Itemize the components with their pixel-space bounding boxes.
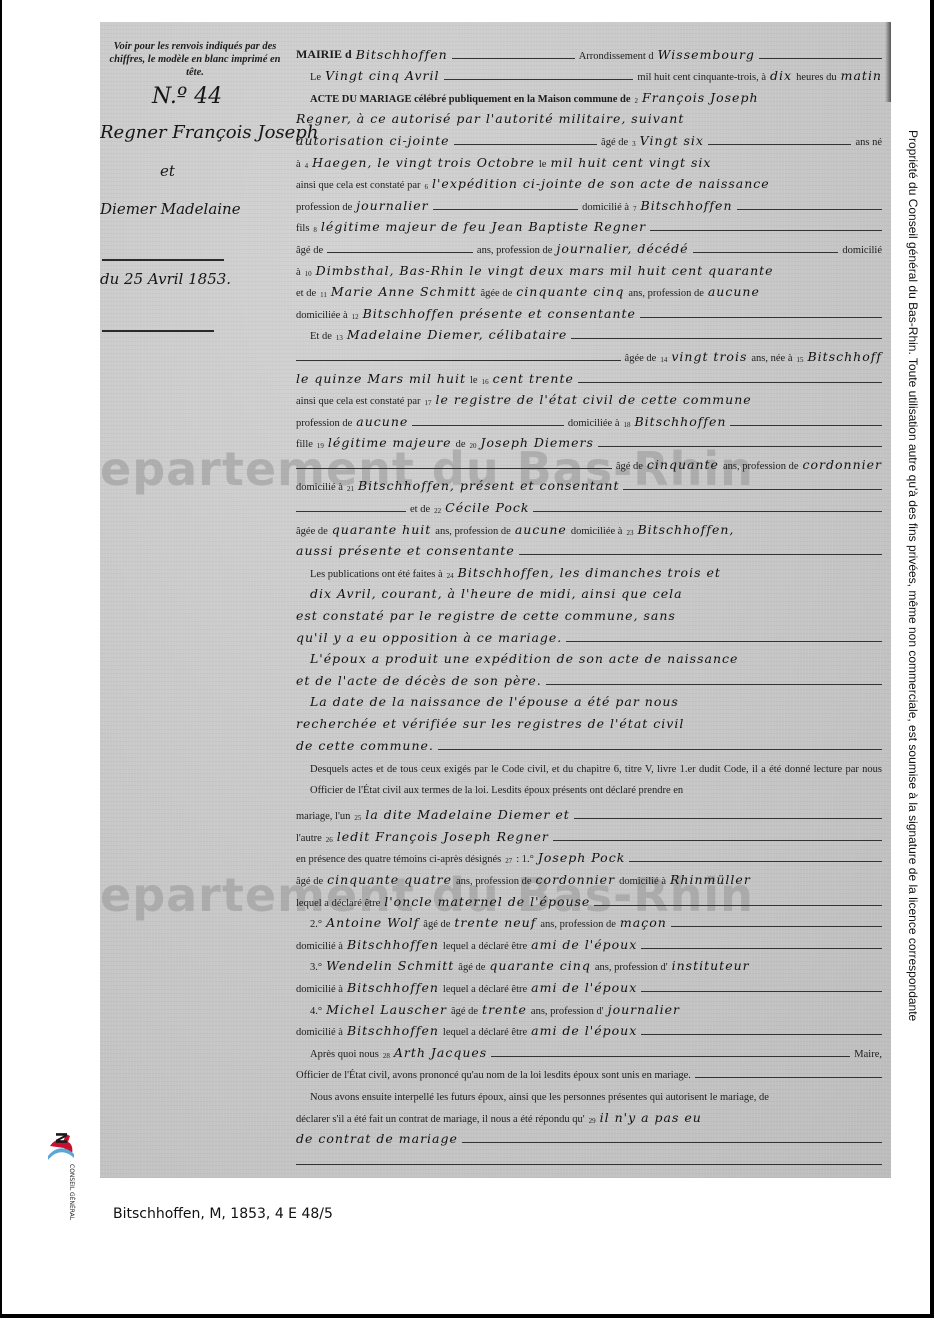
- form-line: 2.° Antoine Wolf âgé de trente neuf ans,…: [296, 909, 882, 931]
- label-age: âgé de: [616, 461, 643, 472]
- form-line: Officier de l'État civil, avons prononcé…: [296, 1060, 882, 1082]
- ref-number: 23: [626, 529, 633, 537]
- label-profession: ans, profession de: [540, 919, 616, 930]
- value-witness-1-domicile: Rhinmüller: [670, 872, 751, 887]
- label-age: âgé de: [458, 962, 485, 973]
- form-line: à 4 Haegen, le vingt trois Octobre le mi…: [296, 148, 882, 170]
- margin-date: du 25 Avril 1853.: [100, 270, 231, 288]
- value-bride-mother-age: quarante huit: [332, 522, 432, 537]
- value-witness-2: Antoine Wolf: [326, 915, 419, 930]
- ref-number: 3: [632, 140, 636, 148]
- ref-number: 18: [623, 421, 630, 429]
- label-le: le: [470, 375, 478, 386]
- value-witness-3-relation: ami de l'époux: [531, 980, 637, 995]
- margin-instructions: Voir pour les renvois indiqués par des c…: [100, 40, 290, 79]
- ref-number: 29: [589, 1117, 596, 1125]
- form-line-mairie: MAIRIE d Bitschhoffen Arrondissement d W…: [296, 40, 882, 62]
- value-groom-age: Vingt six: [640, 133, 704, 148]
- form-line: âgée de 14 vingt trois ans, née à 15 Bit…: [296, 342, 882, 364]
- rule: [546, 684, 882, 685]
- value-hour: dix: [770, 68, 792, 83]
- value-witness-3-domicile: Bitschhoffen: [347, 980, 439, 995]
- form-line: qu'il y a eu opposition à ce mariage.: [296, 623, 882, 645]
- bas-rhin-logo-icon: BAS-RHIN CONSEIL GÉNÉRAL: [46, 1132, 76, 1234]
- margin-rule: [102, 330, 214, 332]
- label-domicile: domicilié à: [296, 482, 343, 493]
- label-profession: ans, profession de: [723, 461, 799, 472]
- ref-number: 13: [336, 334, 343, 342]
- rule: [438, 749, 882, 750]
- paragraph-desquels: Desquels actes et de tous ceux exigés pa…: [296, 759, 882, 801]
- form-line: fils 8 légitime majeur de feu Jean Bapti…: [296, 213, 882, 235]
- value-witness-1: Joseph Pock: [538, 850, 625, 865]
- rule: [491, 1056, 850, 1057]
- document-caption: Bitschhoffen, M, 1853, 4 E 48/5: [113, 1206, 333, 1222]
- value-bride-status: légitime majeure: [328, 435, 452, 450]
- handwritten-text: et de l'acte de décès de son père.: [296, 673, 542, 688]
- ref-number: 19: [317, 442, 324, 450]
- margin-record-number: N.º 44: [152, 84, 222, 109]
- label-declare: lequel a déclaré être: [443, 984, 527, 995]
- value-bride-mother: Cécile Pock: [445, 500, 529, 515]
- form-line: en présence des quatre témoins ci-après …: [296, 844, 882, 866]
- form-line: et de 22 Cécile Pock: [296, 493, 882, 515]
- ref-number: 14: [660, 356, 667, 364]
- value-arrondissement: Wissembourg: [658, 47, 755, 62]
- label-profession: ans, profession de: [628, 288, 704, 299]
- value-birthyear: mil huit cent vingt six: [550, 155, 711, 170]
- rule: [574, 818, 882, 819]
- ref-number: 15: [796, 356, 803, 364]
- form-line: à 10 Dimbsthal, Bas-Rhin le vingt deux m…: [296, 256, 882, 278]
- value-consent: aussi présente et consentante: [296, 543, 515, 558]
- label-domicile: domicilié: [842, 245, 882, 256]
- value-witness-4-domicile: Bitschhoffen: [347, 1023, 439, 1038]
- label-profession: ans, profession de: [435, 526, 511, 537]
- ref-number: 10: [305, 270, 312, 278]
- rule: [594, 905, 882, 906]
- label-domicile: domicilié à: [619, 876, 666, 887]
- ref-number: 8: [313, 226, 317, 234]
- rule: [296, 511, 406, 512]
- handwritten-text: La date de la naissance de l'épouse a ét…: [310, 694, 679, 709]
- rule: [641, 948, 882, 949]
- rule: [462, 1142, 882, 1143]
- margin-rule: [102, 259, 224, 261]
- value-bride-father-domicile: Bitschhoffen, présent et consentant: [358, 478, 620, 493]
- ref-number: 25: [354, 814, 361, 822]
- label-witness-1: : 1.°: [516, 854, 534, 865]
- ref-number: 28: [383, 1052, 390, 1060]
- ref-number: 6: [425, 183, 429, 191]
- label-et-de: et de: [410, 504, 430, 515]
- value-contract: de contrat de mariage: [296, 1131, 458, 1146]
- form-body: MAIRIE d Bitschhoffen Arrondissement d W…: [296, 40, 882, 1178]
- rule: [566, 641, 882, 642]
- value-father-death: Dimbsthal, Bas-Rhin le vingt deux mars m…: [316, 263, 774, 278]
- form-line: domicilié à Bitschhoffen lequel a déclar…: [296, 973, 882, 995]
- ref-number: 27: [505, 857, 512, 865]
- ref-number: 26: [326, 836, 333, 844]
- rule: [693, 252, 839, 253]
- copyright-notice-text: Propriété du Conseil général du Bas-Rhin…: [906, 130, 920, 1021]
- label-witness-2: 2.°: [310, 919, 322, 930]
- value-bride-name: Madelaine Diemer, célibataire: [347, 327, 567, 342]
- value-groom-father: légitime majeur de feu Jean Baptiste Reg…: [321, 219, 646, 234]
- label-et-de: Et de: [310, 331, 332, 342]
- value-spouse-2: ledit François Joseph Regner: [337, 829, 549, 844]
- value-father-profession: journalier, décédé: [556, 241, 688, 256]
- text-officier: Officier de l'État civil, avons prononcé…: [296, 1070, 691, 1081]
- rule: [623, 489, 882, 490]
- value-witness-4-relation: ami de l'époux: [531, 1023, 637, 1038]
- scan-edge-shadow: [885, 22, 891, 102]
- value-groom-profession: journalier: [356, 198, 428, 213]
- ref-number: 20: [470, 442, 477, 450]
- label-profession: ans, profession de: [456, 876, 532, 887]
- ref-number: 17: [425, 399, 432, 407]
- label-lun: mariage, l'un: [296, 811, 350, 822]
- value-witness-1-profession: cordonnier: [536, 872, 616, 887]
- label-mairie: MAIRIE d: [296, 47, 352, 62]
- value-witness-1-relation: l'oncle maternel de l'épouse: [384, 894, 590, 909]
- label-domicile: domicilié à: [582, 202, 629, 213]
- label-profession: ans, profession d': [531, 1006, 604, 1017]
- value-groom-mother: Marie Anne Schmitt: [331, 284, 477, 299]
- label-age: âgé de: [601, 137, 628, 148]
- rule: [641, 991, 882, 992]
- value-groom-domicile: Bitschhoffen: [641, 198, 733, 213]
- ref-number: 2: [635, 97, 639, 105]
- label-fille: fille: [296, 439, 313, 450]
- svg-text:BAS-RHIN: BAS-RHIN: [52, 1132, 70, 1144]
- rule: [444, 79, 634, 80]
- value-mother-profession: aucune: [708, 284, 760, 299]
- label-agee: âgée de: [296, 526, 328, 537]
- rule: [571, 338, 882, 339]
- label-profession: ans, profession de: [477, 245, 553, 256]
- label-le: Le: [310, 72, 321, 83]
- label-a: à: [296, 159, 301, 170]
- value-witness-1-age: cinquante quatre: [327, 872, 452, 887]
- label-profession: profession de: [296, 202, 352, 213]
- form-line: et de 11 Marie Anne Schmitt âgée de cinq…: [296, 278, 882, 300]
- text-declarer: déclarer s'il a été fait un contrat de m…: [296, 1114, 585, 1125]
- label-ans-ne: ans né: [855, 137, 882, 148]
- form-line: profession de aucune domiciliée à 18 Bit…: [296, 407, 882, 429]
- rule: [759, 58, 882, 59]
- label-profession: ans, profession d': [595, 962, 668, 973]
- form-line: Lecture faite, le présent acte a été sig…: [296, 1174, 882, 1178]
- handwritten-text: L'époux a produit une expédition de son …: [310, 651, 738, 666]
- label-age: âgé de: [451, 1006, 478, 1017]
- handwritten-text: de cette commune.: [296, 738, 434, 753]
- margin-conjunction: et: [160, 162, 175, 180]
- value-groom-first: François Joseph: [642, 90, 758, 105]
- value-publications: Bitschhoffen, les dimanches trois et: [458, 565, 721, 580]
- value-proof: l'expédition ci-jointe de son acte de na…: [432, 176, 770, 191]
- value-spouse-1: la dite Madelaine Diemer et: [365, 807, 569, 822]
- form-line: âgé de ans, profession de journalier, dé…: [296, 234, 882, 256]
- scanned-marriage-record: epartement du Bas-Rhin epartement du Bas…: [100, 22, 891, 1178]
- form-line: l'autre 26 ledit François Joseph Regner: [296, 822, 882, 844]
- ref-number: 22: [434, 507, 441, 515]
- value-period: matin: [841, 68, 882, 83]
- label-temoins: en présence des quatre témoins ci-après …: [296, 854, 501, 865]
- form-line: mariage, l'un 25 la dite Madelaine Dieme…: [296, 801, 882, 823]
- value-bride-father-profession: cordonnier: [802, 457, 882, 472]
- ref-number: 4: [305, 162, 309, 170]
- label-de: de: [456, 439, 466, 450]
- value-witness-4-profession: journalier: [608, 1002, 680, 1017]
- value-witness-2-profession: maçon: [620, 915, 667, 930]
- label-publications: Les publications ont été faites à: [310, 569, 443, 580]
- form-line: âgé de cinquante quatre ans, profession …: [296, 865, 882, 887]
- handwritten-text: est constaté par le registre de cette co…: [296, 608, 676, 623]
- value-witness-2-relation: ami de l'époux: [531, 937, 637, 952]
- label-apres-quoi: Après quoi nous: [310, 1049, 379, 1060]
- ref-number: 7: [633, 205, 637, 213]
- label-agee: âgée de: [625, 353, 657, 364]
- label-domiciliee: domiciliée à: [571, 526, 623, 537]
- label-fils: fils: [296, 223, 309, 234]
- form-line: Les publications ont été faites à 24 Bit…: [296, 558, 882, 580]
- handwritten-text: qu'il y a eu opposition à ce mariage.: [296, 630, 562, 645]
- form-line: domiciliée à 12 Bitschhoffen présente et…: [296, 299, 882, 321]
- rule: [629, 861, 882, 862]
- form-line: L'époux a produit une expédition de son …: [296, 645, 882, 667]
- rule: [641, 1034, 882, 1035]
- rule: [650, 230, 882, 231]
- label-domicile: domicilié à: [296, 941, 343, 952]
- form-line: déclarer s'il a été fait un contrat de m…: [296, 1103, 882, 1125]
- label-declare: lequel a déclaré être: [296, 898, 380, 909]
- rule: [640, 317, 882, 318]
- label-age: âgé de: [423, 919, 450, 930]
- label-year: mil huit cent cinquante-trois, à: [637, 72, 766, 83]
- label-constate: ainsi que cela est constaté par: [296, 180, 421, 191]
- label-declare: lequel a déclaré être: [443, 941, 527, 952]
- value-birthplace: Haegen, le vingt trois Octobre: [312, 155, 535, 170]
- value-bride-birthplace: Bitschhoff: [807, 349, 882, 364]
- form-line: est constaté par le registre de cette co…: [296, 601, 882, 623]
- form-line: le quinze Mars mil huit le 16 cent trent…: [296, 364, 882, 386]
- ref-number: 11: [320, 291, 327, 299]
- form-line-acte: ACTE DU MARIAGE célébré publiquement en …: [296, 83, 882, 105]
- label-lautre: l'autre: [296, 833, 322, 844]
- form-line: domicilié à Bitschhoffen lequel a déclar…: [296, 1017, 882, 1039]
- label-age: âgé de: [296, 876, 323, 887]
- form-line: domicilié à Bitschhoffen lequel a déclar…: [296, 930, 882, 952]
- value-witness-3-profession: instituteur: [672, 958, 750, 973]
- value-mayor: Arth Jacques: [394, 1045, 487, 1060]
- label-maire: Maire,: [854, 1049, 882, 1060]
- svg-text:CONSEIL GÉNÉRAL: CONSEIL GÉNÉRAL: [68, 1164, 76, 1221]
- ref-number: 21: [347, 485, 354, 493]
- form-line: âgé de cinquante ans, profession de cord…: [296, 450, 882, 472]
- label-domicile: domicilié à: [296, 1027, 343, 1038]
- value-witness-2-domicile: Bitschhoffen: [347, 937, 439, 952]
- label-a: à: [296, 267, 301, 278]
- value-bride-birthdate: le quinze Mars mil huit: [296, 371, 466, 386]
- rule: [454, 144, 597, 145]
- rule: [730, 425, 882, 426]
- form-line: ainsi que cela est constaté par 6 l'expé…: [296, 170, 882, 192]
- value-bride-mother-profession: aucune: [515, 522, 567, 537]
- ref-number: 12: [352, 313, 359, 321]
- form-line: et de l'acte de décès de son père.: [296, 666, 882, 688]
- form-line: Et de 13 Madelaine Diemer, célibataire: [296, 321, 882, 343]
- margin-groom-name: Regner François Joseph: [100, 122, 318, 143]
- value-witness-3-age: quarante cinq: [489, 958, 590, 973]
- label-arrondissement: Arrondissement d: [579, 51, 654, 62]
- value-contract-answer: il n'y a pas eu: [600, 1110, 702, 1125]
- value-bride-father-age: cinquante: [647, 457, 719, 472]
- rule: [296, 468, 612, 469]
- form-line: ainsi que cela est constaté par 17 le re…: [296, 386, 882, 408]
- form-line: de contrat de mariage: [296, 1125, 882, 1147]
- value-bride-father: Joseph Diemers: [481, 435, 594, 450]
- text-interpelle: Nous avons ensuite interpellé les futurs…: [310, 1092, 769, 1103]
- form-line: Après quoi nous 28 Arth Jacques Maire,: [296, 1038, 882, 1060]
- rule: [708, 144, 851, 145]
- rule: [737, 209, 883, 210]
- ref-number: 24: [447, 572, 454, 580]
- label-profession: profession de: [296, 418, 352, 429]
- rule: [578, 382, 882, 383]
- value-groom-auth: Regner, à ce autorisé par l'autorité mil…: [296, 111, 684, 126]
- form-line: dix Avril, courant, à l'heure de midi, a…: [296, 580, 882, 602]
- rule: [553, 840, 882, 841]
- form-line: La date de la naissance de l'épouse a ét…: [296, 688, 882, 710]
- form-line: domicilié à 21 Bitschhoffen, présent et …: [296, 472, 882, 494]
- value-witness-4-age: trente: [482, 1002, 527, 1017]
- rule: [598, 446, 882, 447]
- label-witness-4: 4.°: [310, 1006, 322, 1017]
- label-heures: heures du: [796, 72, 837, 83]
- bas-rhin-logo: BAS-RHIN CONSEIL GÉNÉRAL: [46, 1132, 76, 1234]
- rule: [452, 58, 575, 59]
- label-acte: ACTE DU MARIAGE célébré publiquement en …: [310, 94, 631, 105]
- form-line: autorisation ci-jointe âgé de 3 Vingt si…: [296, 126, 882, 148]
- rule: [433, 209, 579, 210]
- form-line: Nous avons ensuite interpellé les futurs…: [296, 1081, 882, 1103]
- form-line-date: Le Vingt cinq Avril mil huit cent cinqua…: [296, 62, 882, 84]
- rule: [327, 252, 473, 253]
- form-line: aussi présente et consentante: [296, 537, 882, 559]
- margin-bride-name: Diemer Madelaine: [100, 200, 241, 218]
- value-mother-age: cinquante cinq: [516, 284, 624, 299]
- value-day: Vingt cinq Avril: [325, 68, 439, 83]
- value-witness-3: Wendelin Schmitt: [326, 958, 454, 973]
- form-line: recherchée et vérifiée sur les registres…: [296, 709, 882, 731]
- label-le: le: [539, 159, 547, 170]
- label-nee: ans, née à: [751, 353, 792, 364]
- rule: [695, 1077, 882, 1078]
- form-line: 3.° Wendelin Schmitt âgé de quarante cin…: [296, 952, 882, 974]
- value-bride-age: vingt trois: [671, 349, 747, 364]
- rule: [296, 1164, 882, 1165]
- page-sheet: epartement du Bas-Rhin epartement du Bas…: [2, 0, 930, 1314]
- form-line: [296, 1146, 882, 1168]
- form-line: de cette commune.: [296, 731, 882, 753]
- rule: [412, 425, 564, 426]
- value-mother-domicile: Bitschhoffen présente et consentante: [363, 306, 636, 321]
- rule: [519, 554, 882, 555]
- value-commune: Bitschhoffen: [356, 47, 448, 62]
- value-bride-proof: le registre de l'état civil de cette com…: [436, 392, 752, 407]
- form-line: profession de journalier domicilié à 7 B…: [296, 191, 882, 213]
- form-line: 4.° Michel Lauscher âgé de trente ans, p…: [296, 995, 882, 1017]
- value-witness-4: Michel Lauscher: [326, 1002, 447, 1017]
- form-line: Regner, à ce autorisé par l'autorité mil…: [296, 105, 882, 127]
- form-line: fille 19 légitime majeure de 20 Joseph D…: [296, 429, 882, 451]
- label-constate: ainsi que cela est constaté par: [296, 396, 421, 407]
- rule: [296, 360, 621, 361]
- copyright-notice: Propriété du Conseil général du Bas-Rhin…: [894, 130, 930, 1130]
- label-et-de: et de: [296, 288, 316, 299]
- label-age: âgé de: [296, 245, 323, 256]
- label-witness-3: 3.°: [310, 962, 322, 973]
- handwritten-text: recherchée et vérifiée sur les registres…: [296, 716, 684, 731]
- label-domicile: domicilié à: [296, 984, 343, 995]
- value-authorization: autorisation ci-jointe: [296, 133, 450, 148]
- value-bride-mother-domicile: Bitschhoffen,: [637, 522, 734, 537]
- rule: [671, 926, 882, 927]
- label-domiciliee: domiciliée à: [296, 310, 348, 321]
- rule: [533, 511, 882, 512]
- label-age: âgée de: [480, 288, 512, 299]
- value-bride-birthyear: cent trente: [493, 371, 574, 386]
- value-bride-profession: aucune: [356, 414, 408, 429]
- ref-number: 16: [482, 378, 489, 386]
- form-line: lequel a déclaré être l'oncle maternel d…: [296, 887, 882, 909]
- label-declare: lequel a déclaré être: [443, 1027, 527, 1038]
- label-domiciliee: domiciliée à: [568, 418, 620, 429]
- value-bride-domicile: Bitschhoffen: [634, 414, 726, 429]
- form-line: âgée de quarante huit ans, profession de…: [296, 515, 882, 537]
- value-witness-2-age: trente neuf: [454, 915, 536, 930]
- handwritten-text: dix Avril, courant, à l'heure de midi, a…: [310, 586, 683, 601]
